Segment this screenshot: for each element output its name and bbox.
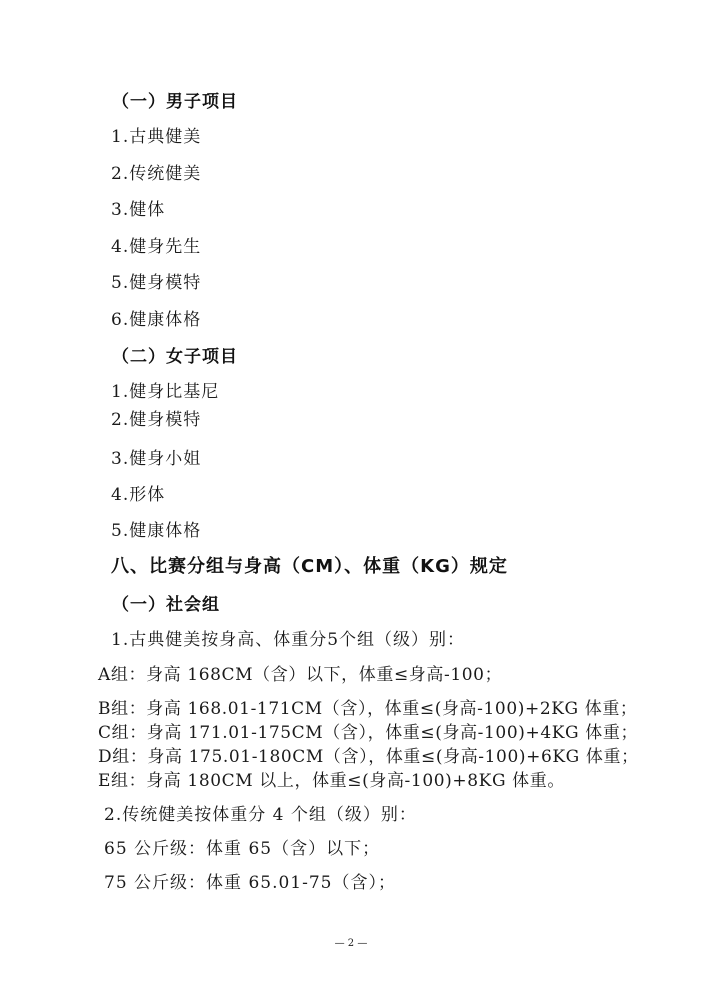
chapter-heading-grouping-rules: 八、比赛分组与身高（CM）、体重（KG）规定: [111, 556, 508, 578]
page-number: — 2 —: [0, 938, 702, 949]
list-item: 3.健身小姐: [111, 448, 201, 470]
weight-class-65: 65 公斤级：体重 65（含）以下；: [104, 838, 380, 860]
list-item: 1.古典健美: [111, 126, 201, 148]
traditional-bodybuilding-intro: 2.传统健美按体重分 4 个组（级）别：: [104, 804, 417, 826]
list-item: 5.健康体格: [111, 520, 201, 542]
section-heading-male-events: （一）男子项目: [112, 91, 238, 113]
group-rule-c: C组：身高 171.01-175CM（含），体重≤(身高-100)+4KG 体重…: [98, 722, 638, 744]
group-rule-d: D组：身高 175.01-180CM（含），体重≤(身高-100)+6KG 体重…: [98, 746, 639, 768]
list-item: 5.健身模特: [111, 272, 201, 294]
list-item: 1.健身比基尼: [111, 381, 219, 403]
list-item: 3.健体: [111, 199, 165, 221]
group-rule-a: A组：身高 168CM（含）以下，体重≤身高-100；: [98, 664, 502, 686]
group-rule-e: E组：身高 180CM 以上，体重≤(身高-100)+8KG 体重。: [98, 770, 565, 792]
weight-class-75: 75 公斤级：体重 65.01-75（含）；: [104, 872, 396, 894]
list-item: 2.传统健美: [111, 163, 201, 185]
subsection-heading-social-group: （一）社会组: [112, 594, 220, 616]
list-item: 2.健身模特: [111, 409, 201, 431]
classic-bodybuilding-intro: 1.古典健美按身高、体重分5个组（级）别：: [111, 629, 465, 651]
section-heading-female-events: （二）女子项目: [112, 346, 238, 368]
group-rule-b: B组：身高 168.01-171CM（含），体重≤(身高-100)+2KG 体重…: [98, 698, 638, 720]
list-item: 4.形体: [111, 484, 165, 506]
list-item: 4.健身先生: [111, 236, 201, 258]
list-item: 6.健康体格: [111, 309, 201, 331]
